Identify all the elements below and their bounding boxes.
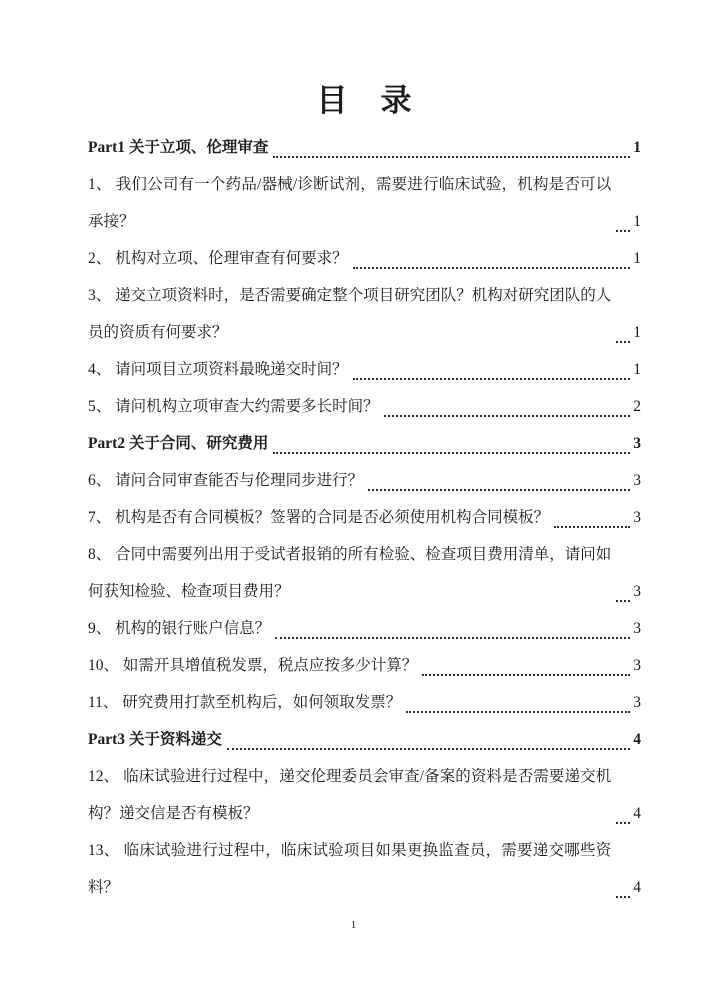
toc-item-entry[interactable]: 11、 研究费用打款至机构后，如何领取发票？ 3 [88,684,641,721]
toc-item-entry[interactable]: 13、 临床试验进行过程中，临床试验项目如果更换监查员，需要递交哪些资料？ 4 [88,832,641,906]
toc-dot-leader [616,600,630,602]
toc-item-entry[interactable]: 10、 如需开具增值税发票，税点应按多少计算？ 3 [88,647,641,684]
toc-part-entry[interactable]: Part1 关于立项、伦理审查 1 [88,129,641,166]
toc-dot-leader [368,489,630,491]
toc-dot-leader [406,711,630,713]
toc-entry-text: 3、 递交立项资料时，是否需要确定整个项目研究团队？机构对研究团队的人员的资质有… [88,277,611,351]
toc-entry-text: Part2 关于合同、研究费用 [88,425,268,462]
toc-page-number: 1 [633,314,641,351]
toc-entry-text: 1、 我们公司有一个药品/器械/诊断试剂，需要进行临床试验，机构是否可以承接？ [88,166,611,240]
toc-entry-text: 9、 机构的银行账户信息？ [88,610,270,647]
toc-item-entry[interactable]: 12、 临床试验进行过程中，递交伦理委员会审查/备案的资料是否需要递交机构？递交… [88,758,641,832]
toc-dot-leader [384,415,631,417]
toc-dot-leader [353,378,631,380]
toc-dot-leader [616,822,630,824]
toc-page-number: 4 [633,869,641,906]
toc-part-entry[interactable]: Part3 关于资料递交 4 [88,721,641,758]
page-footer-number: 1 [0,919,707,931]
toc-page-number: 3 [633,425,641,462]
toc-item-entry[interactable]: 8、 合同中需要列出用于受试者报销的所有检验、检查项目费用清单，请问如何获知检验… [88,536,641,610]
toc-entry-text: 7、 机构是否有合同模板？签署的合同是否必须使用机构合同模板？ [88,499,549,536]
toc-page-number: 1 [633,129,641,166]
toc-page-number: 4 [633,795,641,832]
toc-dot-leader [273,452,630,454]
toc-item-entry[interactable]: 5、 请问机构立项审查大约需要多长时间？ 2 [88,388,641,425]
toc-dot-leader [616,896,630,898]
toc-entry-text: 12、 临床试验进行过程中，递交伦理委员会审查/备案的资料是否需要递交机构？递交… [88,758,611,832]
toc-page-number: 3 [633,573,641,610]
toc-page-number: 3 [633,610,641,647]
toc-dot-leader [353,267,631,269]
toc-dot-leader [273,156,630,158]
toc-page-number: 3 [633,462,641,499]
toc-item-entry[interactable]: 2、 机构对立项、伦理审查有何要求？ 1 [88,240,641,277]
toc-page-number: 4 [633,721,641,758]
toc-dot-leader [227,748,630,750]
toc-item-entry[interactable]: 1、 我们公司有一个药品/器械/诊断试剂，需要进行临床试验，机构是否可以承接？ … [88,166,641,240]
toc-item-entry[interactable]: 7、 机构是否有合同模板？签署的合同是否必须使用机构合同模板？ 3 [88,499,641,536]
toc-page-number: 1 [633,351,641,388]
toc-item-entry[interactable]: 6、 请问合同审查能否与伦理同步进行？ 3 [88,462,641,499]
document-page: 目 录 Part1 关于立项、伦理审查 1 1、 我们公司有一个药品/器械/诊断… [0,0,707,1000]
toc-entry-text: 4、 请问项目立项资料最晚递交时间？ [88,351,348,388]
toc-entry-text: 2、 机构对立项、伦理审查有何要求？ [88,240,348,277]
toc-page-number: 2 [633,388,641,425]
toc-dot-leader [275,637,630,639]
toc-dot-leader [616,341,630,343]
toc-item-entry[interactable]: 4、 请问项目立项资料最晚递交时间？ 1 [88,351,641,388]
toc-entry-text: 8、 合同中需要列出用于受试者报销的所有检验、检查项目费用清单，请问如何获知检验… [88,536,611,610]
toc-entry-text: 6、 请问合同审查能否与伦理同步进行？ [88,462,363,499]
toc-dot-leader [554,526,630,528]
toc-item-entry[interactable]: 3、 递交立项资料时，是否需要确定整个项目研究团队？机构对研究团队的人员的资质有… [88,277,641,351]
toc-dot-leader [422,674,630,676]
toc-entry-text: Part1 关于立项、伦理审查 [88,129,268,166]
toc-entry-text: 10、 如需开具增值税发票，税点应按多少计算？ [88,647,417,684]
toc-page-number: 3 [633,499,641,536]
toc-entry-text: Part3 关于资料递交 [88,721,222,758]
toc-page-number: 1 [633,240,641,277]
toc-part-entry[interactable]: Part2 关于合同、研究费用 3 [88,425,641,462]
toc-dot-leader [616,230,630,232]
toc-page-number: 1 [633,203,641,240]
toc-list: Part1 关于立项、伦理审查 1 1、 我们公司有一个药品/器械/诊断试剂，需… [88,129,641,906]
toc-page-number: 3 [633,647,641,684]
toc-entry-text: 11、 研究费用打款至机构后，如何领取发票？ [88,684,401,721]
toc-content: 目 录 Part1 关于立项、伦理审查 1 1、 我们公司有一个药品/器械/诊断… [88,82,641,906]
toc-entry-text: 5、 请问机构立项审查大约需要多长时间？ [88,388,379,425]
toc-entry-text: 13、 临床试验进行过程中，临床试验项目如果更换监查员，需要递交哪些资料？ [88,832,611,906]
toc-page-number: 3 [633,684,641,721]
toc-title: 目 录 [88,82,641,120]
toc-item-entry[interactable]: 9、 机构的银行账户信息？ 3 [88,610,641,647]
